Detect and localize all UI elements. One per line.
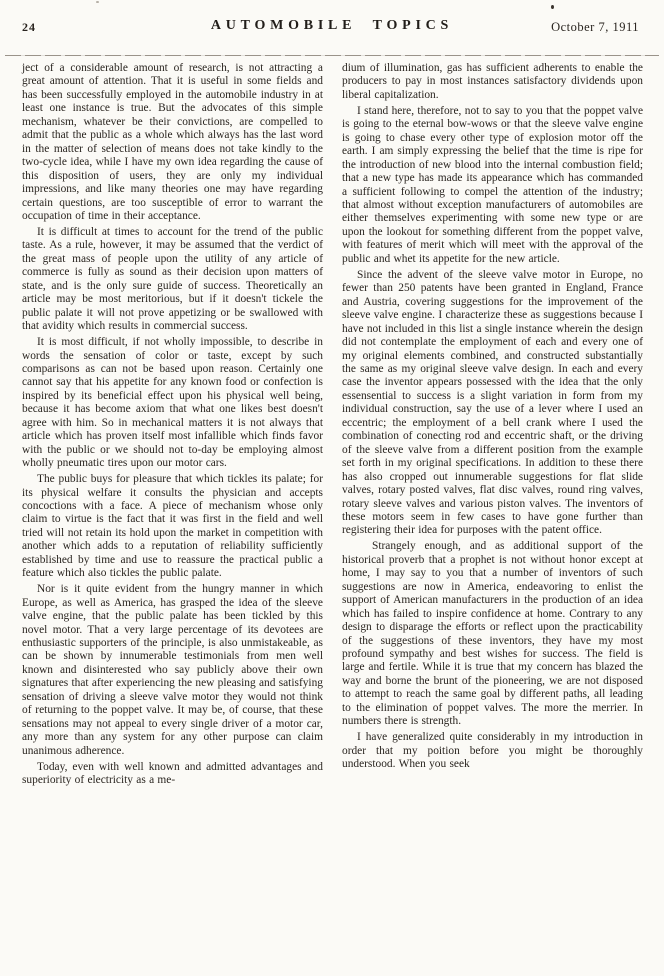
paragraph: Today, even with well known and admitted…	[22, 761, 323, 788]
paragraph: It is most difficult, if not wholly impo…	[22, 336, 323, 471]
paragraph: I stand here, therefore, not to say to y…	[342, 105, 643, 266]
magazine-page: 24 AUTOMOBILE TOPICS October 7, 1911 jec…	[0, 0, 664, 976]
paragraph: Since the advent of the sleeve valve mot…	[342, 269, 643, 538]
left-column: ject of a considerable amount of researc…	[22, 62, 323, 788]
right-column: dium of illumination, gas has sufficient…	[342, 62, 643, 788]
paragraph: ject of a considerable amount of researc…	[22, 62, 323, 223]
paragraph: The public buys for pleasure that which …	[22, 473, 323, 581]
ink-speck	[96, 1, 99, 3]
paragraph: It is difficult at times to account for …	[22, 226, 323, 334]
paragraph: Strangely enough, and as additional supp…	[342, 540, 643, 728]
paragraph: dium of illumination, gas has sufficient…	[342, 62, 643, 102]
ink-speck	[551, 5, 554, 9]
header-rule	[5, 55, 659, 56]
paragraph: Nor is it quite evident from the hungry …	[22, 583, 323, 758]
article-body: ject of a considerable amount of researc…	[22, 62, 643, 788]
issue-date: October 7, 1911	[551, 20, 639, 35]
paragraph: I have generalized quite considerably in…	[342, 731, 643, 771]
